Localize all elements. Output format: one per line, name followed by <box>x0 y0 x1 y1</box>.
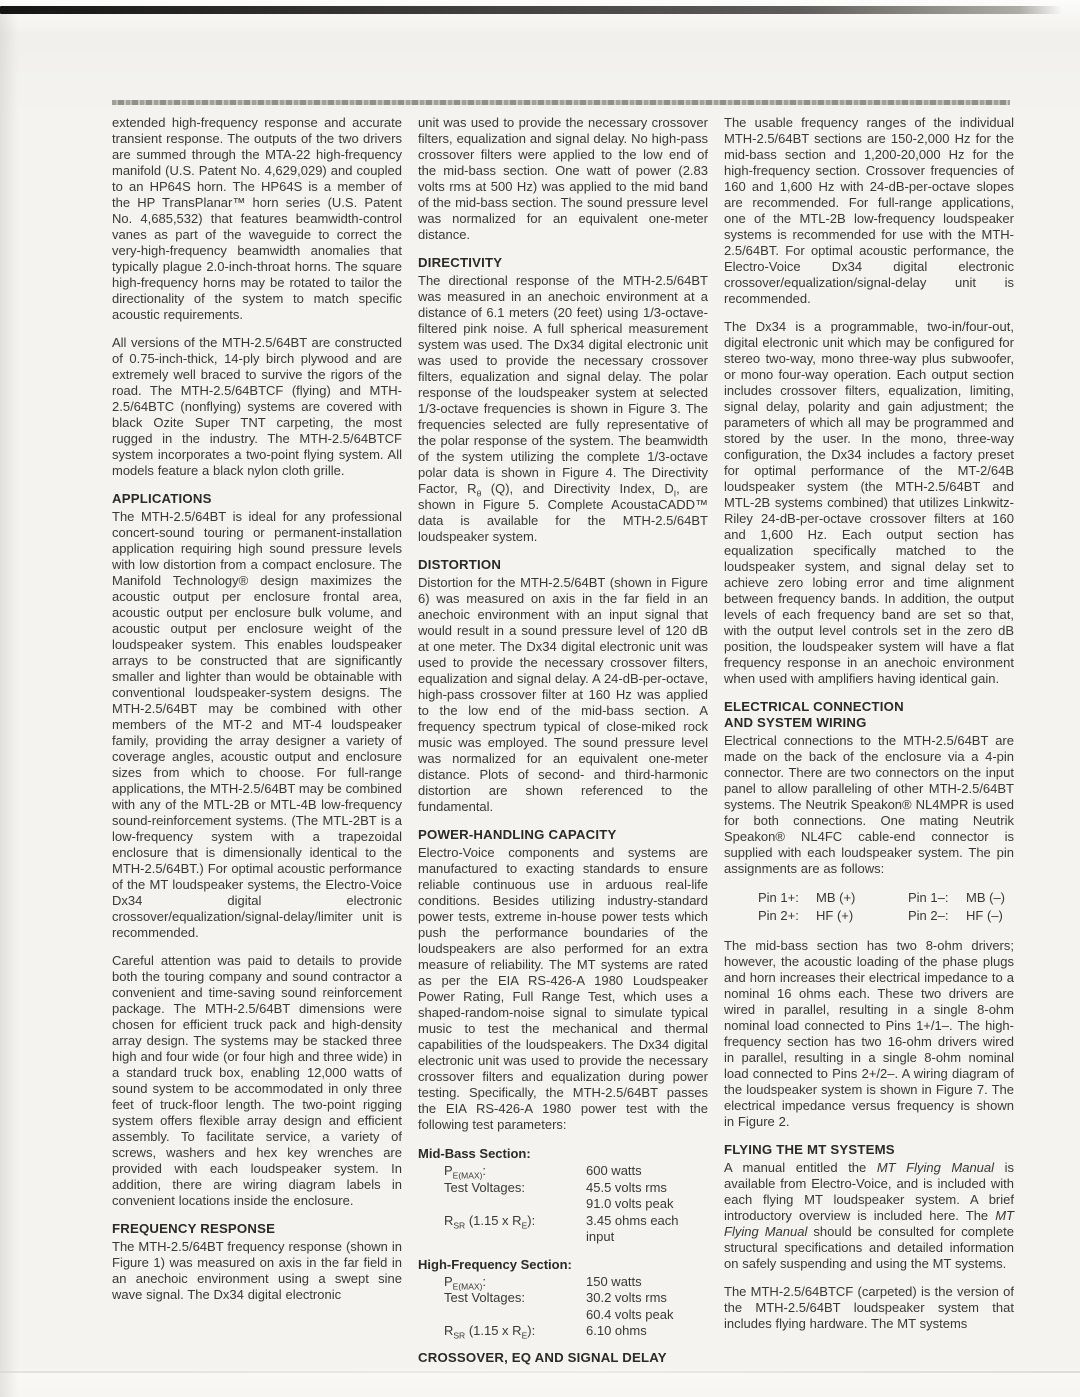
para-flying-manual: A manual entitled the MT Flying Manual i… <box>724 1160 1014 1272</box>
spec-label <box>444 1196 586 1213</box>
pin-label: Pin 1–: <box>908 889 966 907</box>
spec-label: Test Voltages: <box>444 1180 586 1197</box>
pin-value: MB (–) <box>966 889 1014 907</box>
pin-value: HF (–) <box>966 907 1014 925</box>
spec-row: 91.0 volts peak <box>418 1196 708 1213</box>
page-content: extended high-frequency response and acc… <box>112 115 1014 1368</box>
spec-value: 150 watts <box>586 1274 708 1291</box>
para-hf-horn: extended high-frequency response and acc… <box>112 115 402 323</box>
scan-bottom-edge <box>0 1371 1080 1373</box>
heading-applications: APPLICATIONS <box>112 491 402 507</box>
spec-row: Test Voltages: 45.5 volts rms <box>418 1180 708 1197</box>
para-power-handling: Electro-Voice components and systems are… <box>418 845 708 1133</box>
spec-row: 60.4 volts peak <box>418 1307 708 1324</box>
heading-frequency-response: FREQUENCY RESPONSE <box>112 1221 402 1237</box>
para-frequency-response: The MTH-2.5/64BT frequency response (sho… <box>112 1239 402 1303</box>
para-usable-frequency: The usable frequency ranges of the indiv… <box>724 115 1014 307</box>
spec-label: PE(MAX): <box>444 1163 586 1180</box>
spec-label: Test Voltages: <box>444 1290 586 1307</box>
spec-value: 45.5 volts rms <box>586 1180 708 1197</box>
para-electrical-connections: Electrical connections to the MTH-2.5/64… <box>724 733 1014 877</box>
spec-value: 60.4 volts peak <box>586 1307 708 1324</box>
spec-row: Test Voltages: 30.2 volts rms <box>418 1290 708 1307</box>
heading-electrical-connection: ELECTRICAL CONNECTION AND SYSTEM WIRING <box>724 699 1014 731</box>
spec-value: 600 watts <box>586 1163 708 1180</box>
pin-row: Pin 2+: HF (+) Pin 2–: HF (–) <box>758 907 1014 925</box>
para-impedance-wiring: The mid-bass section has two 8-ohm drive… <box>724 938 1014 1130</box>
column-3: The usable frequency ranges of the indiv… <box>724 115 1014 1368</box>
spec-value: 6.10 ohms <box>586 1323 708 1340</box>
pin-assignment-table: Pin 1+: MB (+) Pin 1–: MB (–) Pin 2+: HF… <box>724 889 1014 924</box>
spec-label: RSR (1.15 x RE): <box>444 1323 586 1340</box>
spec-value: 30.2 volts rms <box>586 1290 708 1307</box>
spec-title-hf: High-Frequency Section: <box>418 1256 708 1273</box>
spec-label: RSR (1.15 x RE): <box>444 1213 586 1246</box>
spec-row: RSR (1.15 x RE): 3.45 ohms each input <box>418 1213 708 1246</box>
para-freq-response-cont: unit was used to provide the necessary c… <box>418 115 708 243</box>
para-touring-details: Careful attention was paid to details to… <box>112 953 402 1209</box>
header-rule <box>112 100 1010 105</box>
para-distortion: Distortion for the MTH-2.5/64BT (shown i… <box>418 575 708 815</box>
heading-power-handling: POWER-HANDLING CAPACITY <box>418 827 708 843</box>
pin-row: Pin 1+: MB (+) Pin 1–: MB (–) <box>758 889 1014 907</box>
scan-left-shade <box>0 14 18 1397</box>
pin-value: MB (+) <box>816 889 908 907</box>
column-2: unit was used to provide the necessary c… <box>418 115 708 1368</box>
para-btcf-version: The MTH-2.5/64BTCF (carpeted) is the ver… <box>724 1284 1014 1332</box>
para-dx34: The Dx34 is a programmable, two-in/four-… <box>724 319 1014 687</box>
spec-row: PE(MAX): 600 watts <box>418 1163 708 1180</box>
heading-directivity: DIRECTIVITY <box>418 255 708 271</box>
spec-table-hf: PE(MAX): 150 watts Test Voltages: 30.2 v… <box>418 1274 708 1340</box>
spec-label: PE(MAX): <box>444 1274 586 1291</box>
scan-top-edge <box>0 6 1062 14</box>
spec-row: RSR (1.15 x RE): 6.10 ohms <box>418 1323 708 1340</box>
spec-table-midbass: PE(MAX): 600 watts Test Voltages: 45.5 v… <box>418 1163 708 1246</box>
spec-value: 3.45 ohms each input <box>586 1213 708 1246</box>
column-1: extended high-frequency response and acc… <box>112 115 402 1368</box>
para-applications: The MTH-2.5/64BT is ideal for any profes… <box>112 509 402 941</box>
spec-label <box>444 1307 586 1324</box>
heading-flying-mt-systems: FLYING THE MT SYSTEMS <box>724 1142 1014 1158</box>
pin-label: Pin 1+: <box>758 889 816 907</box>
pin-label: Pin 2–: <box>908 907 966 925</box>
heading-crossover-eq-delay: CROSSOVER, EQ AND SIGNAL DELAY <box>418 1350 708 1366</box>
para-construction: All versions of the MTH-2.5/64BT are con… <box>112 335 402 479</box>
spec-row: PE(MAX): 150 watts <box>418 1274 708 1291</box>
spec-value: 91.0 volts peak <box>586 1196 708 1213</box>
pin-label: Pin 2+: <box>758 907 816 925</box>
pin-value: HF (+) <box>816 907 908 925</box>
heading-distortion: DISTORTION <box>418 557 708 573</box>
scanned-datasheet-page: extended high-frequency response and acc… <box>0 0 1080 1397</box>
para-directivity: The directional response of the MTH-2.5/… <box>418 273 708 545</box>
spec-title-midbass: Mid-Bass Section: <box>418 1145 708 1162</box>
